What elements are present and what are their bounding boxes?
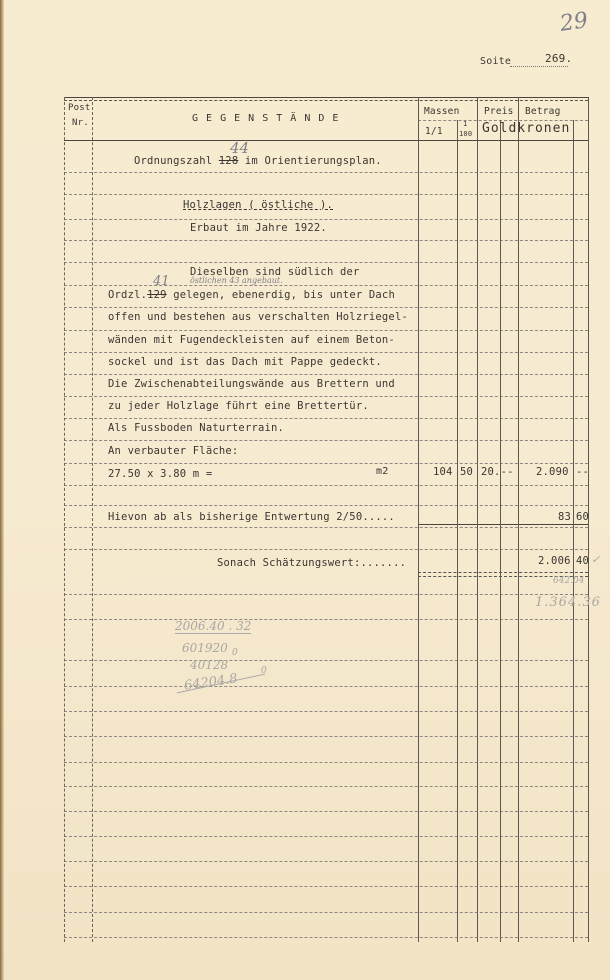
gegenstaende-header: G E G E N S T Ä N D E [192, 113, 339, 124]
area-mass-hundredths: 50 [460, 466, 473, 478]
depreciation-whole: 83 [558, 511, 571, 523]
handwritten-page-number: 29 [558, 8, 589, 37]
pencil-calc-line-4: 64204.8 [183, 671, 238, 693]
ordnungszahl-line: Ordnungszahl 128 im Orientierungsplan. [134, 155, 382, 167]
massen-subheader-whole: 1/1 [425, 126, 443, 137]
massen-subheader-hundredth-den: 100 [459, 130, 472, 138]
area-amount-whole: 2.090 [536, 466, 569, 478]
preis-header: Preis [484, 106, 514, 117]
estimate-whole: 2.006 [538, 555, 571, 567]
pencil-calc-line-3: 40128 [190, 658, 228, 672]
area-label: An verbauter Fläche: [108, 445, 238, 457]
post-nr-header-line1: Post [68, 103, 90, 113]
ordnungszahl-correction: 44 [230, 139, 249, 157]
ordzl-struck: 129 [147, 289, 167, 301]
area-unit-price: 20.-- [481, 466, 514, 478]
check-mark-icon: ✓ [591, 553, 600, 566]
massen-subheader-hundredth-num: 1 [463, 120, 467, 128]
ordzl-prefix: Ordzl. [108, 289, 147, 301]
ordzl-suffix: gelegen, ebenerdig, bis unter Dach [167, 289, 395, 301]
depreciation-fraction: 60 [576, 511, 589, 523]
pencil-calc-line-3-suffix: 0 [232, 648, 238, 658]
section-title: Holzlagen ( östliche ). [183, 199, 333, 211]
desc-line-5: sockel und ist das Dach mit Pappe gedeck… [108, 356, 382, 368]
currency-header: Goldkronen [482, 121, 570, 136]
desc-line-7: zu jeder Holzlage führt eine Brettertür. [108, 400, 369, 412]
area-mass-whole: 104 [433, 466, 453, 478]
pencil-calc-line-2: 601920 [182, 641, 228, 655]
ordnungszahl-prefix: Ordnungszahl [134, 155, 219, 167]
seite-label: Soite [480, 56, 511, 67]
desc-line-2: Ordzl.129 gelegen, ebenerdig, bis unter … [108, 289, 395, 301]
pencil-calc-line-4-suffix: 0 [261, 666, 267, 676]
area-calculation: 27.50 x 3.80 m = [108, 468, 212, 480]
post-nr-header-line2: Nr. [72, 118, 89, 128]
desc-line-3: offen und bestehen aus verschalten Holzr… [108, 311, 408, 323]
area-amount-fraction: -- [576, 466, 589, 478]
massen-header: Massen [424, 106, 460, 117]
estimate-fraction: 40 [576, 555, 589, 567]
pencil-note-right-1: 642.04 [553, 576, 585, 586]
pencil-note-right-2: 1.364.36 [535, 595, 601, 610]
built-year: Erbaut im Jahre 1922. [190, 222, 327, 234]
seite-underline [510, 66, 568, 67]
seite-number: 269. [545, 52, 572, 65]
desc-annotation: östlichen 43 angebaut. [190, 276, 283, 285]
desc-line-4: wänden mit Fugendeckleisten auf einem Be… [108, 334, 395, 346]
paper-edge [0, 0, 4, 980]
ordzl-correction: 41 [153, 274, 170, 289]
area-unit: m2 [376, 466, 388, 477]
desc-line-6: Die Zwischenabteilungswände aus Brettern… [108, 378, 395, 390]
betrag-header: Betrag [525, 106, 561, 117]
desc-line-8: Als Fussboden Naturterrain. [108, 422, 284, 434]
ordnungszahl-suffix: im Orientierungsplan. [238, 155, 381, 167]
estimate-label: Sonach Schätzungswert:....... [217, 557, 406, 569]
pencil-calc-line-1: 2006.40 . 32 [175, 619, 251, 634]
depreciation-label: Hievon ab als bisherige Entwertung 2/50.… [108, 511, 395, 523]
